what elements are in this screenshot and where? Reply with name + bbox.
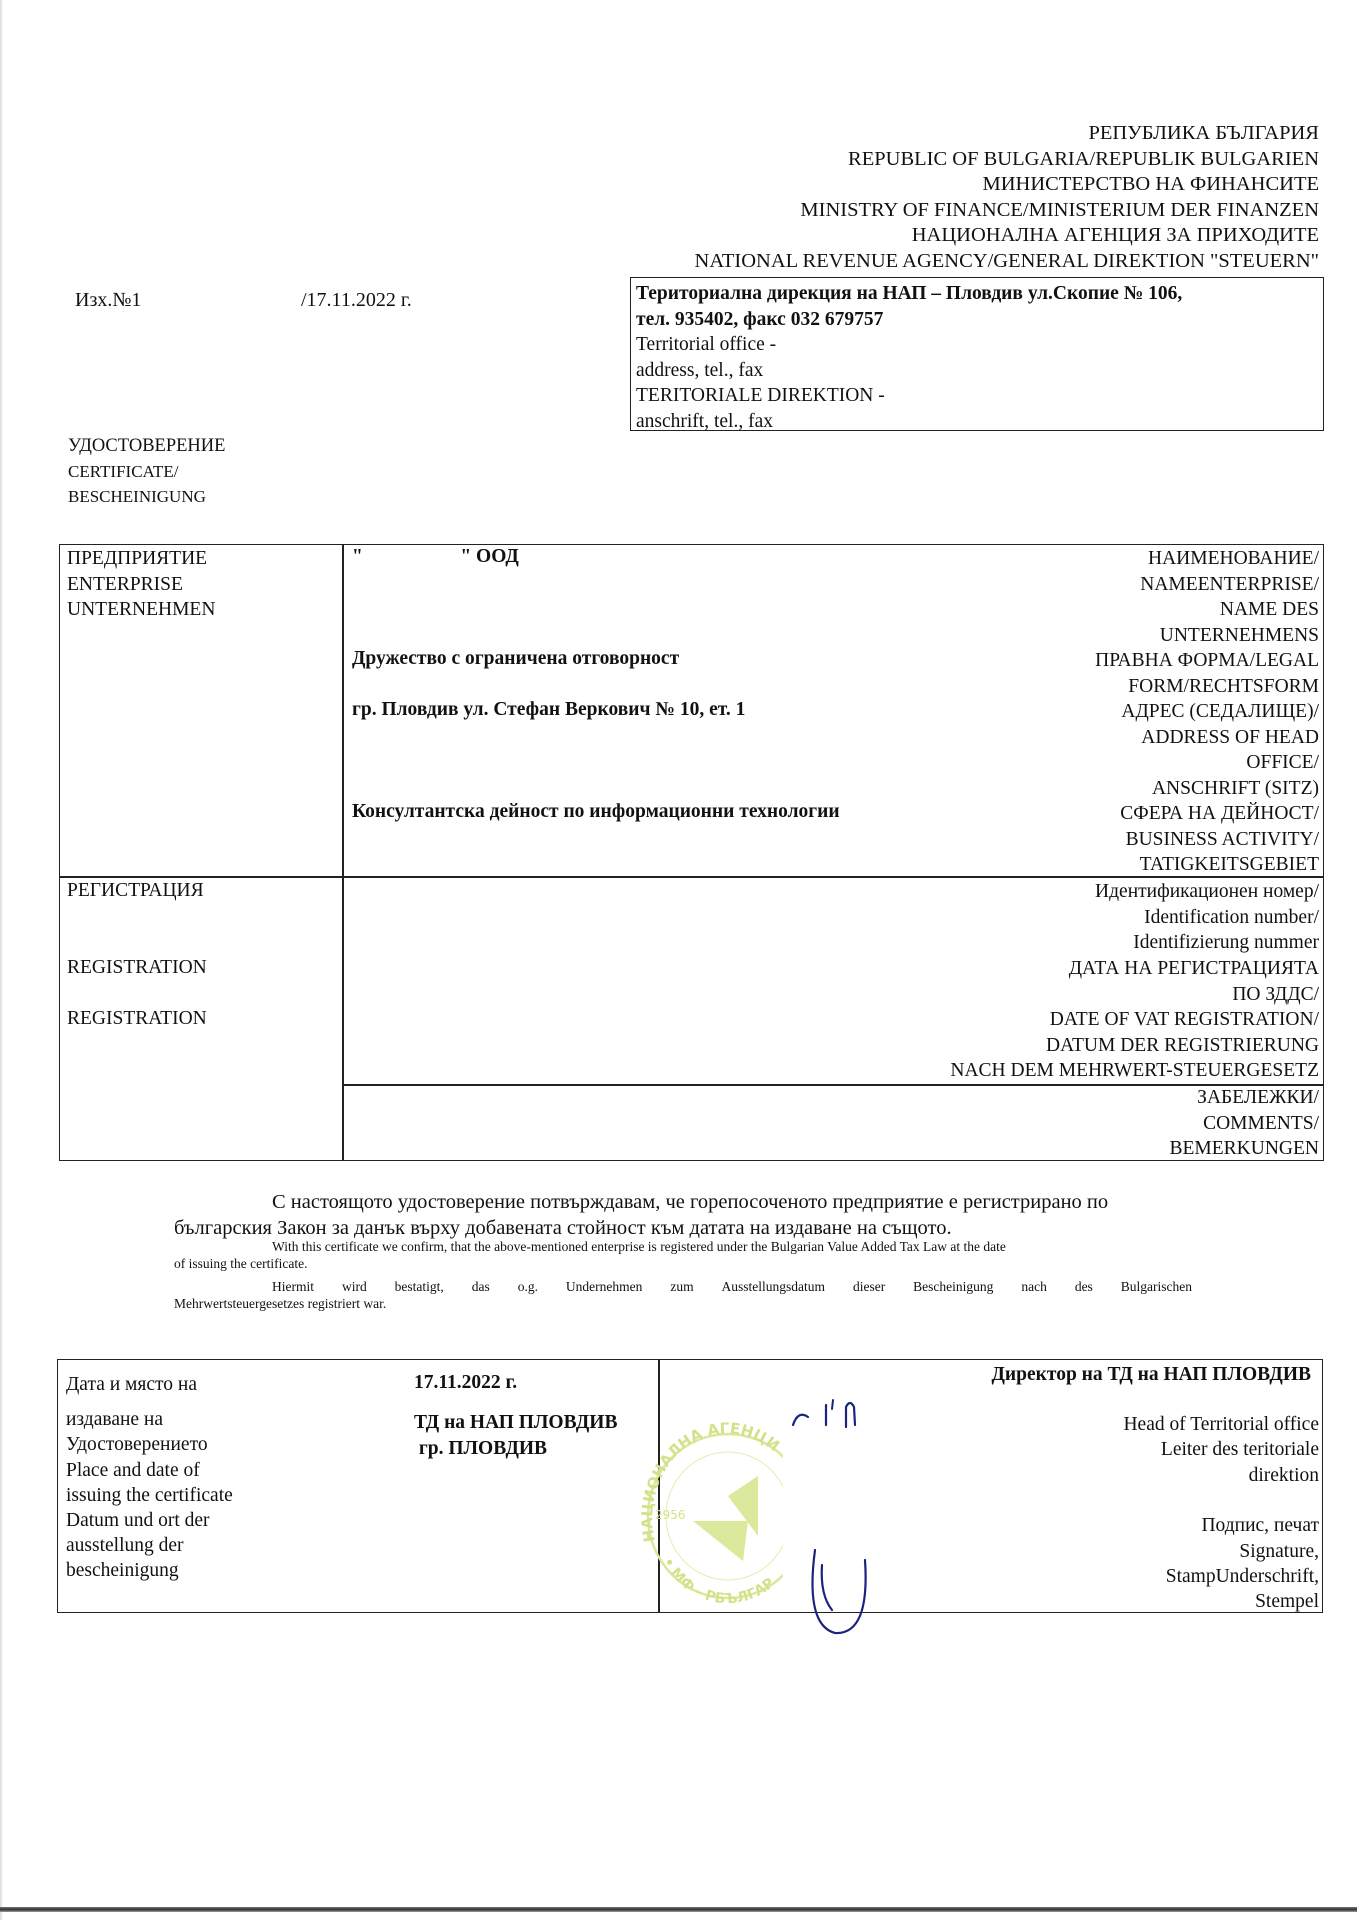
- word: zum: [670, 1279, 693, 1296]
- word: Bulgarischen: [1121, 1279, 1192, 1296]
- business-activity-labels: СФЕРА НА ДЕЙНОСТ/ BUSINESS ACTIVITY/ TAT…: [1120, 801, 1319, 878]
- label-line: Head of Territorial office: [1123, 1412, 1319, 1437]
- label-line: издаване на: [66, 1407, 233, 1432]
- header-line: MINISTRY OF FINANCE/MINISTERIUM DER FINA…: [695, 198, 1319, 224]
- header-line: НАЦИОНАЛНА АГЕНЦИЯ ЗА ПРИХОДИТЕ: [695, 223, 1319, 249]
- label-line: BEMERKUNGEN: [1170, 1136, 1320, 1162]
- label-line: ausstellung der: [66, 1533, 233, 1558]
- confirmation-de-line2: Mehrwertsteuergesetzes registriert war.: [174, 1296, 1192, 1313]
- label-line: OFFICE/: [1121, 750, 1319, 776]
- label-line: issuing the certificate: [66, 1483, 233, 1508]
- word: nach: [1021, 1279, 1046, 1296]
- confirmation-text-en: With this certificate we confirm, that t…: [174, 1239, 1192, 1272]
- certificate-title-de: BESCHEINIGUNG: [68, 484, 225, 509]
- header-line: NATIONAL REVENUE AGENCY/GENERAL DIREKTIO…: [695, 249, 1319, 275]
- label-line: СФЕРА НА ДЕЙНОСТ/: [1120, 801, 1319, 827]
- confirmation-bg-line1: С настоящото удостоверение потвърждавам,…: [174, 1189, 1192, 1215]
- label-line: bescheinigung: [66, 1558, 233, 1583]
- header-line: РЕПУБЛИКА БЪЛГАРИЯ: [695, 121, 1319, 147]
- label-line: Leiter des teritoriale: [1123, 1437, 1319, 1462]
- handwritten-signature-icon: [780, 1395, 900, 1640]
- issue-number: Изх.№1: [75, 289, 141, 312]
- label-line: BUSINESS ACTIVITY/: [1120, 827, 1319, 853]
- office-label-en-sub: address, tel., fax: [636, 358, 1323, 384]
- label-line: direktion: [1123, 1463, 1319, 1488]
- word: dieser: [853, 1279, 885, 1296]
- label-line: COMMENTS/: [1170, 1111, 1320, 1137]
- confirmation-bg-line2: българския Закон за данък върху добавена…: [174, 1215, 1192, 1241]
- label-line: DATE OF VAT REGISTRATION/: [950, 1007, 1319, 1033]
- label-line: DATUM DER REGISTRIERUNG: [950, 1033, 1319, 1059]
- certificate-title: УДОСТОВЕРЕНИЕ CERTIFICATE/ BESCHEINIGUNG: [68, 434, 225, 509]
- vat-registration-date-labels: ДАТА НА РЕГИСТРАЦИЯТА ПО ЗДДС/ DATE OF V…: [950, 956, 1319, 1084]
- business-activity-value: Консултантска дейност по информационни т…: [352, 801, 840, 823]
- office-label-en: Territorial office -: [636, 332, 1323, 358]
- label-line: ПРАВНА ФОРМА/LEGAL: [1095, 648, 1319, 674]
- certificate-title-bg: УДОСТОВЕРЕНИЕ: [68, 434, 225, 459]
- header-line: МИНИСТЕРСТВО НА ФИНАНСИТЕ: [695, 172, 1319, 198]
- issue-date: /17.11.2022 г.: [301, 289, 412, 312]
- label-line: FORM/RECHTSFORM: [1095, 674, 1319, 700]
- official-stamp-icon: НАЦИОНАЛНА АГЕНЦИЯ • МФ - РБЪЛГАРИЯ 2956: [633, 1421, 783, 1611]
- label-line: ENTERPRISE: [67, 572, 215, 598]
- label-line: Stempel: [1123, 1589, 1319, 1614]
- scan-edge-bottom: [0, 1907, 1357, 1912]
- confirmation-en-line2: of issuing the certificate.: [174, 1256, 1192, 1273]
- label-line: StampUnderschrift,: [1123, 1564, 1319, 1589]
- label-line: ДАТА НА РЕГИСТРАЦИЯТА: [950, 956, 1319, 982]
- legal-form-value: Дружество с ограничена отговорност: [352, 648, 679, 670]
- label-line: Идентификационен номер/: [1095, 879, 1319, 905]
- label-line: Datum und ort der: [66, 1508, 233, 1533]
- word: bestatigt,: [395, 1279, 444, 1296]
- label-line: UNTERNEHMENS: [1140, 623, 1319, 649]
- enterprise-name-labels: НАИМЕНОВАНИЕ/ NAMEENTERPRISE/ NAME DES U…: [1140, 546, 1319, 648]
- label-line: ПРЕДПРИЯТИЕ: [67, 546, 215, 572]
- word: das: [472, 1279, 490, 1296]
- scan-edge-left: [0, 0, 3, 1920]
- label-line: ЗАБЕЛЕЖКИ/: [1170, 1085, 1320, 1111]
- director-title: Директор на ТД на НАП ПЛОВДИВ: [992, 1364, 1312, 1386]
- label-line: UNTERNEHMEN: [67, 597, 215, 623]
- word: o.g.: [518, 1279, 538, 1296]
- label-line: Подпис, печат: [1123, 1513, 1319, 1538]
- office-address: Териториална дирекция на НАП – Пловдив у…: [636, 281, 1323, 307]
- word: Undernehmen: [566, 1279, 642, 1296]
- label-line: Identifizierung nummer: [1095, 930, 1319, 956]
- registration-label-de: REGISTRATION: [67, 1006, 207, 1032]
- office-label-de-sub: anschrift, tel., fax: [636, 409, 1323, 435]
- label-line: ADDRESS OF HEAD: [1121, 725, 1319, 751]
- confirmation-text-bg: С настоящото удостоверение потвърждавам,…: [174, 1189, 1192, 1241]
- enterprise-section-label: ПРЕДПРИЯТИЕ ENTERPRISE UNTERNEHMEN: [67, 546, 215, 623]
- label-line: Place and date of: [66, 1458, 233, 1483]
- word: Hiermit: [272, 1279, 314, 1296]
- certificate-title-en: CERTIFICATE/: [68, 459, 225, 484]
- address-labels: АДРЕС (СЕДАЛИЩЕ)/ ADDRESS OF HEAD OFFICE…: [1121, 699, 1319, 801]
- label-line: АДРЕС (СЕДАЛИЩЕ)/: [1121, 699, 1319, 725]
- confirmation-text-de: Hiermit wird bestatigt, das o.g. Underne…: [174, 1279, 1192, 1312]
- svg-text:2956: 2956: [655, 1508, 686, 1522]
- issuance-labels: Дата и място на издаване на Удостоверени…: [66, 1372, 233, 1584]
- word: wird: [342, 1279, 367, 1296]
- word: des: [1075, 1279, 1093, 1296]
- text: С настоящото удостоверение потвърждавам,…: [174, 1189, 1108, 1215]
- label-line: Удостоверението: [66, 1432, 233, 1457]
- confirmation-de-line1: Hiermit wird bestatigt, das o.g. Underne…: [174, 1279, 1192, 1296]
- territorial-office-address-box: Териториална дирекция на НАП – Пловдив у…: [630, 277, 1324, 431]
- place-line: гр. ПЛОВДИВ: [414, 1436, 617, 1462]
- table-divider: [342, 544, 344, 1161]
- label-line: НАИМЕНОВАНИЕ/: [1140, 546, 1319, 572]
- header-line: REPUBLIC OF BULGARIA/REPUBLIK BULGARIEN: [695, 147, 1319, 173]
- enterprise-name-value: " " ООД: [352, 546, 519, 568]
- confirmation-en-line1: With this certificate we confirm, that t…: [174, 1239, 1192, 1256]
- word: Bescheinigung: [913, 1279, 993, 1296]
- document-header: РЕПУБЛИКА БЪЛГАРИЯ REPUBLIC OF BULGARIA/…: [695, 121, 1319, 275]
- label-line: TATIGKEITSGEBIET: [1120, 852, 1319, 878]
- office-phone-fax: тел. 935402, факс 032 679757: [636, 307, 1323, 333]
- office-label-de: TERITORIALE DIREKTION -: [636, 383, 1323, 409]
- label-line: Signature,: [1123, 1539, 1319, 1564]
- label-line: Identification number/: [1095, 905, 1319, 931]
- identification-number-labels: Идентификационен номер/ Identification n…: [1095, 879, 1319, 956]
- issuance-date-value: 17.11.2022 г.: [414, 1372, 517, 1394]
- label-line: NACH DEM MEHRWERT-STEUERGESETZ: [950, 1058, 1319, 1084]
- word: Ausstellungsdatum: [722, 1279, 826, 1296]
- registration-label-en: REGISTRATION: [67, 955, 207, 981]
- legal-form-labels: ПРАВНА ФОРМА/LEGAL FORM/RECHTSFORM: [1095, 648, 1319, 699]
- remarks-labels: ЗАБЕЛЕЖКИ/ COMMENTS/ BEMERKUNGEN: [1170, 1085, 1320, 1162]
- address-value: гр. Пловдив ул. Стефан Веркович № 10, ет…: [352, 699, 745, 721]
- place-line: ТД на НАП ПЛОВДИВ: [414, 1410, 617, 1436]
- registration-label-bg: РЕГИСТРАЦИЯ: [67, 878, 204, 904]
- label-line: ANSCHRIFT (SITZ): [1121, 776, 1319, 802]
- label-line: ПО ЗДДС/: [950, 982, 1319, 1008]
- label-line: Дата и място на: [66, 1372, 233, 1397]
- issuance-place-value: ТД на НАП ПЛОВДИВ гр. ПЛОВДИВ: [414, 1410, 617, 1461]
- director-labels: Head of Territorial office Leiter des te…: [1123, 1412, 1319, 1615]
- label-line: NAME DES: [1140, 597, 1319, 623]
- label-line: NAMEENTERPRISE/: [1140, 572, 1319, 598]
